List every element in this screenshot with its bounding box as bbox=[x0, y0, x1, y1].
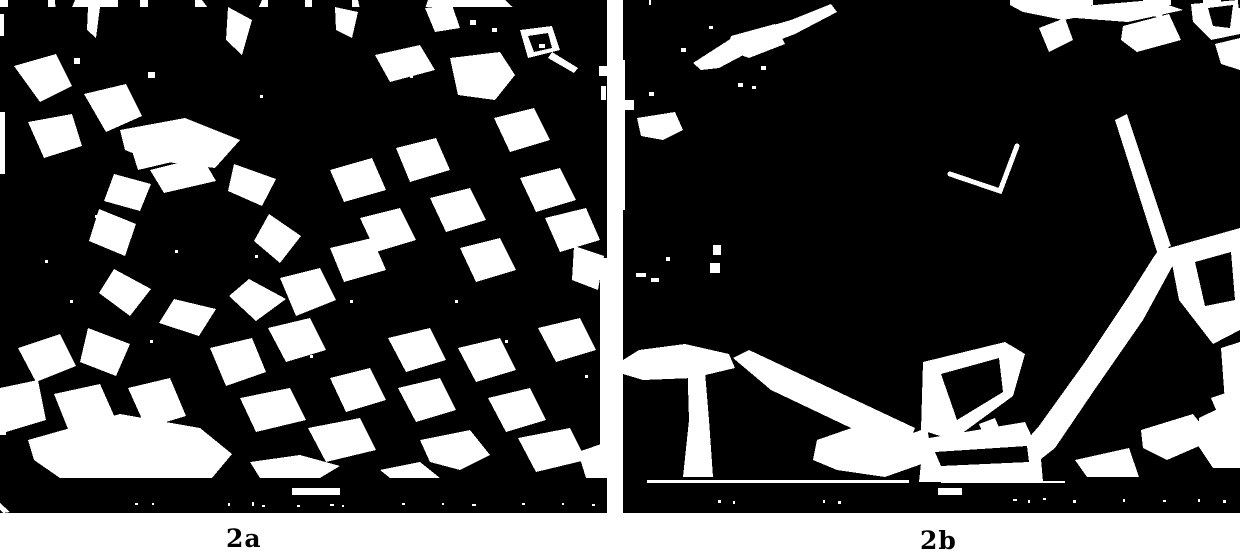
scale-bar-2b bbox=[938, 488, 962, 495]
info-bar-2b bbox=[623, 485, 1240, 513]
micrograph-image-2a bbox=[0, 0, 607, 513]
info-bar-2a bbox=[0, 478, 607, 513]
figure-2: 2a 2b bbox=[0, 0, 1240, 555]
micrograph-panel-2b bbox=[623, 0, 1240, 513]
micrograph-image-2b bbox=[623, 0, 1240, 513]
micrograph-panel-2a bbox=[0, 0, 607, 513]
figure-label-2b: 2b bbox=[920, 528, 957, 553]
scale-bar-2a bbox=[292, 488, 340, 495]
figure-label-2a: 2a bbox=[226, 526, 262, 551]
